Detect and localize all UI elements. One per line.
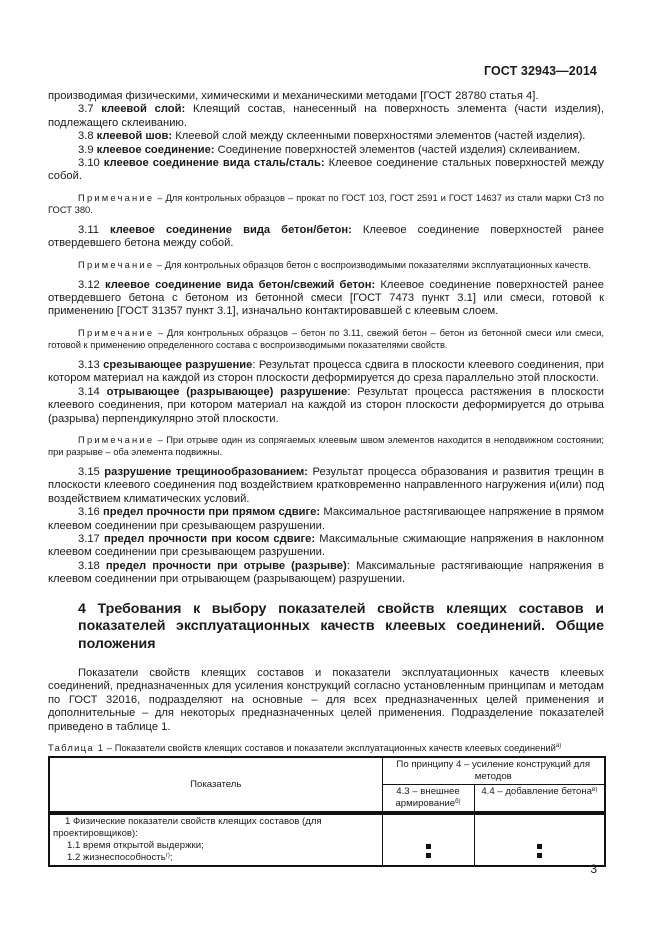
term-name: клеевой шов: [97,130,172,142]
term-name: клеевое соединение: [97,144,215,156]
note-label: Примечание [78,259,154,270]
section-4-heading: 4 Требования к выбору показателей свойст… [78,601,604,654]
term-name: клеевой слой: [101,103,185,115]
note-label: Примечание [78,434,154,445]
term-3-17: 3.17 предел прочности при косом сдвиге: … [48,533,604,560]
term-3-12: 3.12 клеевое соединение вида бетон/свежи… [48,279,604,319]
term-name: предел прочности при прямом сдвиге: [103,506,320,518]
term-3-9: 3.9 клеевое соединение: Соединение повер… [48,144,604,157]
document-code-header: ГОСТ 32943—2014 [484,64,597,78]
term-3-15: 3.15 разрушение трещинообразованием: Рез… [48,466,604,506]
term-3-16: 3.16 предел прочности при прямом сдвиге:… [48,506,604,533]
document-body: производимая физическими, химическими и … [48,90,604,867]
header-method-4-3: 4.3 – внешнее армированиеб) [382,785,474,814]
term-3-10: 3.10 клеевое соединение вида сталь/сталь… [48,157,604,184]
row-indicator-group: 1 Физические показатели свойств клеящих … [49,813,382,866]
applicable-marker-icon [426,844,431,849]
term-3-7: 3.7 клеевой слой: Клеящий состав, нанесе… [48,103,604,130]
term-3-8: 3.8 клеевой шов: Клеевой слой между скле… [48,130,604,143]
applicable-marker-icon [537,853,542,858]
term-name: срезывающее разрушение [103,359,252,371]
header-principle-group: По принципу 4 – усиление конструкций для… [382,757,605,785]
page-number: 3 [590,862,597,876]
header-method-4-4: 4.4 – добавление бетонав) [474,785,605,814]
paragraph-continuation: производимая физическими, химическими и … [48,90,604,103]
term-name: предел прочности при отрыве (разрыве) [106,560,347,572]
row-item-1-1: 1.1 время открытой выдержки; [53,840,379,852]
table-1-caption: Таблица 1 – Показатели свойств клеящих с… [48,742,604,754]
section-4-body: Показатели свойств клеящих составов и по… [48,667,604,734]
term-3-14: 3.14 отрывающее (разрывающее) разрушение… [48,386,604,426]
note-3-14: Примечание – При отрыве один из сопрягае… [48,434,604,458]
applicable-marker-icon [426,853,431,858]
note-3-11: Примечание – Для контрольных образцов бе… [48,259,604,271]
term-name: предел прочности при косом сдвиге: [104,533,315,545]
header-indicator: Показатель [49,757,382,813]
table-1: Показатель По принципу 4 – усиление конс… [48,756,606,867]
note-3-10: Примечание – Для контрольных образцов – … [48,192,604,216]
table-row: 1 Физические показатели свойств клеящих … [49,813,605,866]
term-3-18: 3.18 предел прочности при отрыве (разрыв… [48,560,604,587]
row-method-4-4-markers [474,813,605,866]
row-method-4-3-markers [382,813,474,866]
term-name: отрывающее (разрывающее) разрушение [107,386,348,398]
row-item-1-2: 1.2 жизнеспособностьг); [53,852,379,864]
term-name: клеевое соединение вида бетон/бетон: [110,224,352,236]
table-caption-label: Таблица 1 [48,742,104,753]
term-name: разрушение трещинообразованием: [104,466,308,478]
term-name: клеевое соединение вида сталь/сталь: [104,157,325,169]
term-3-13: 3.13 срезывающее разрушение: Результат п… [48,359,604,386]
note-label: Примечание [78,327,154,338]
note-3-12: Примечание – Для контрольных образцов – … [48,327,604,351]
term-3-11: 3.11 клеевое соединение вида бетон/бетон… [48,224,604,251]
applicable-marker-icon [537,844,542,849]
note-label: Примечание [78,192,154,203]
term-name: клеевое соединение вида бетон/свежий бет… [105,279,375,291]
